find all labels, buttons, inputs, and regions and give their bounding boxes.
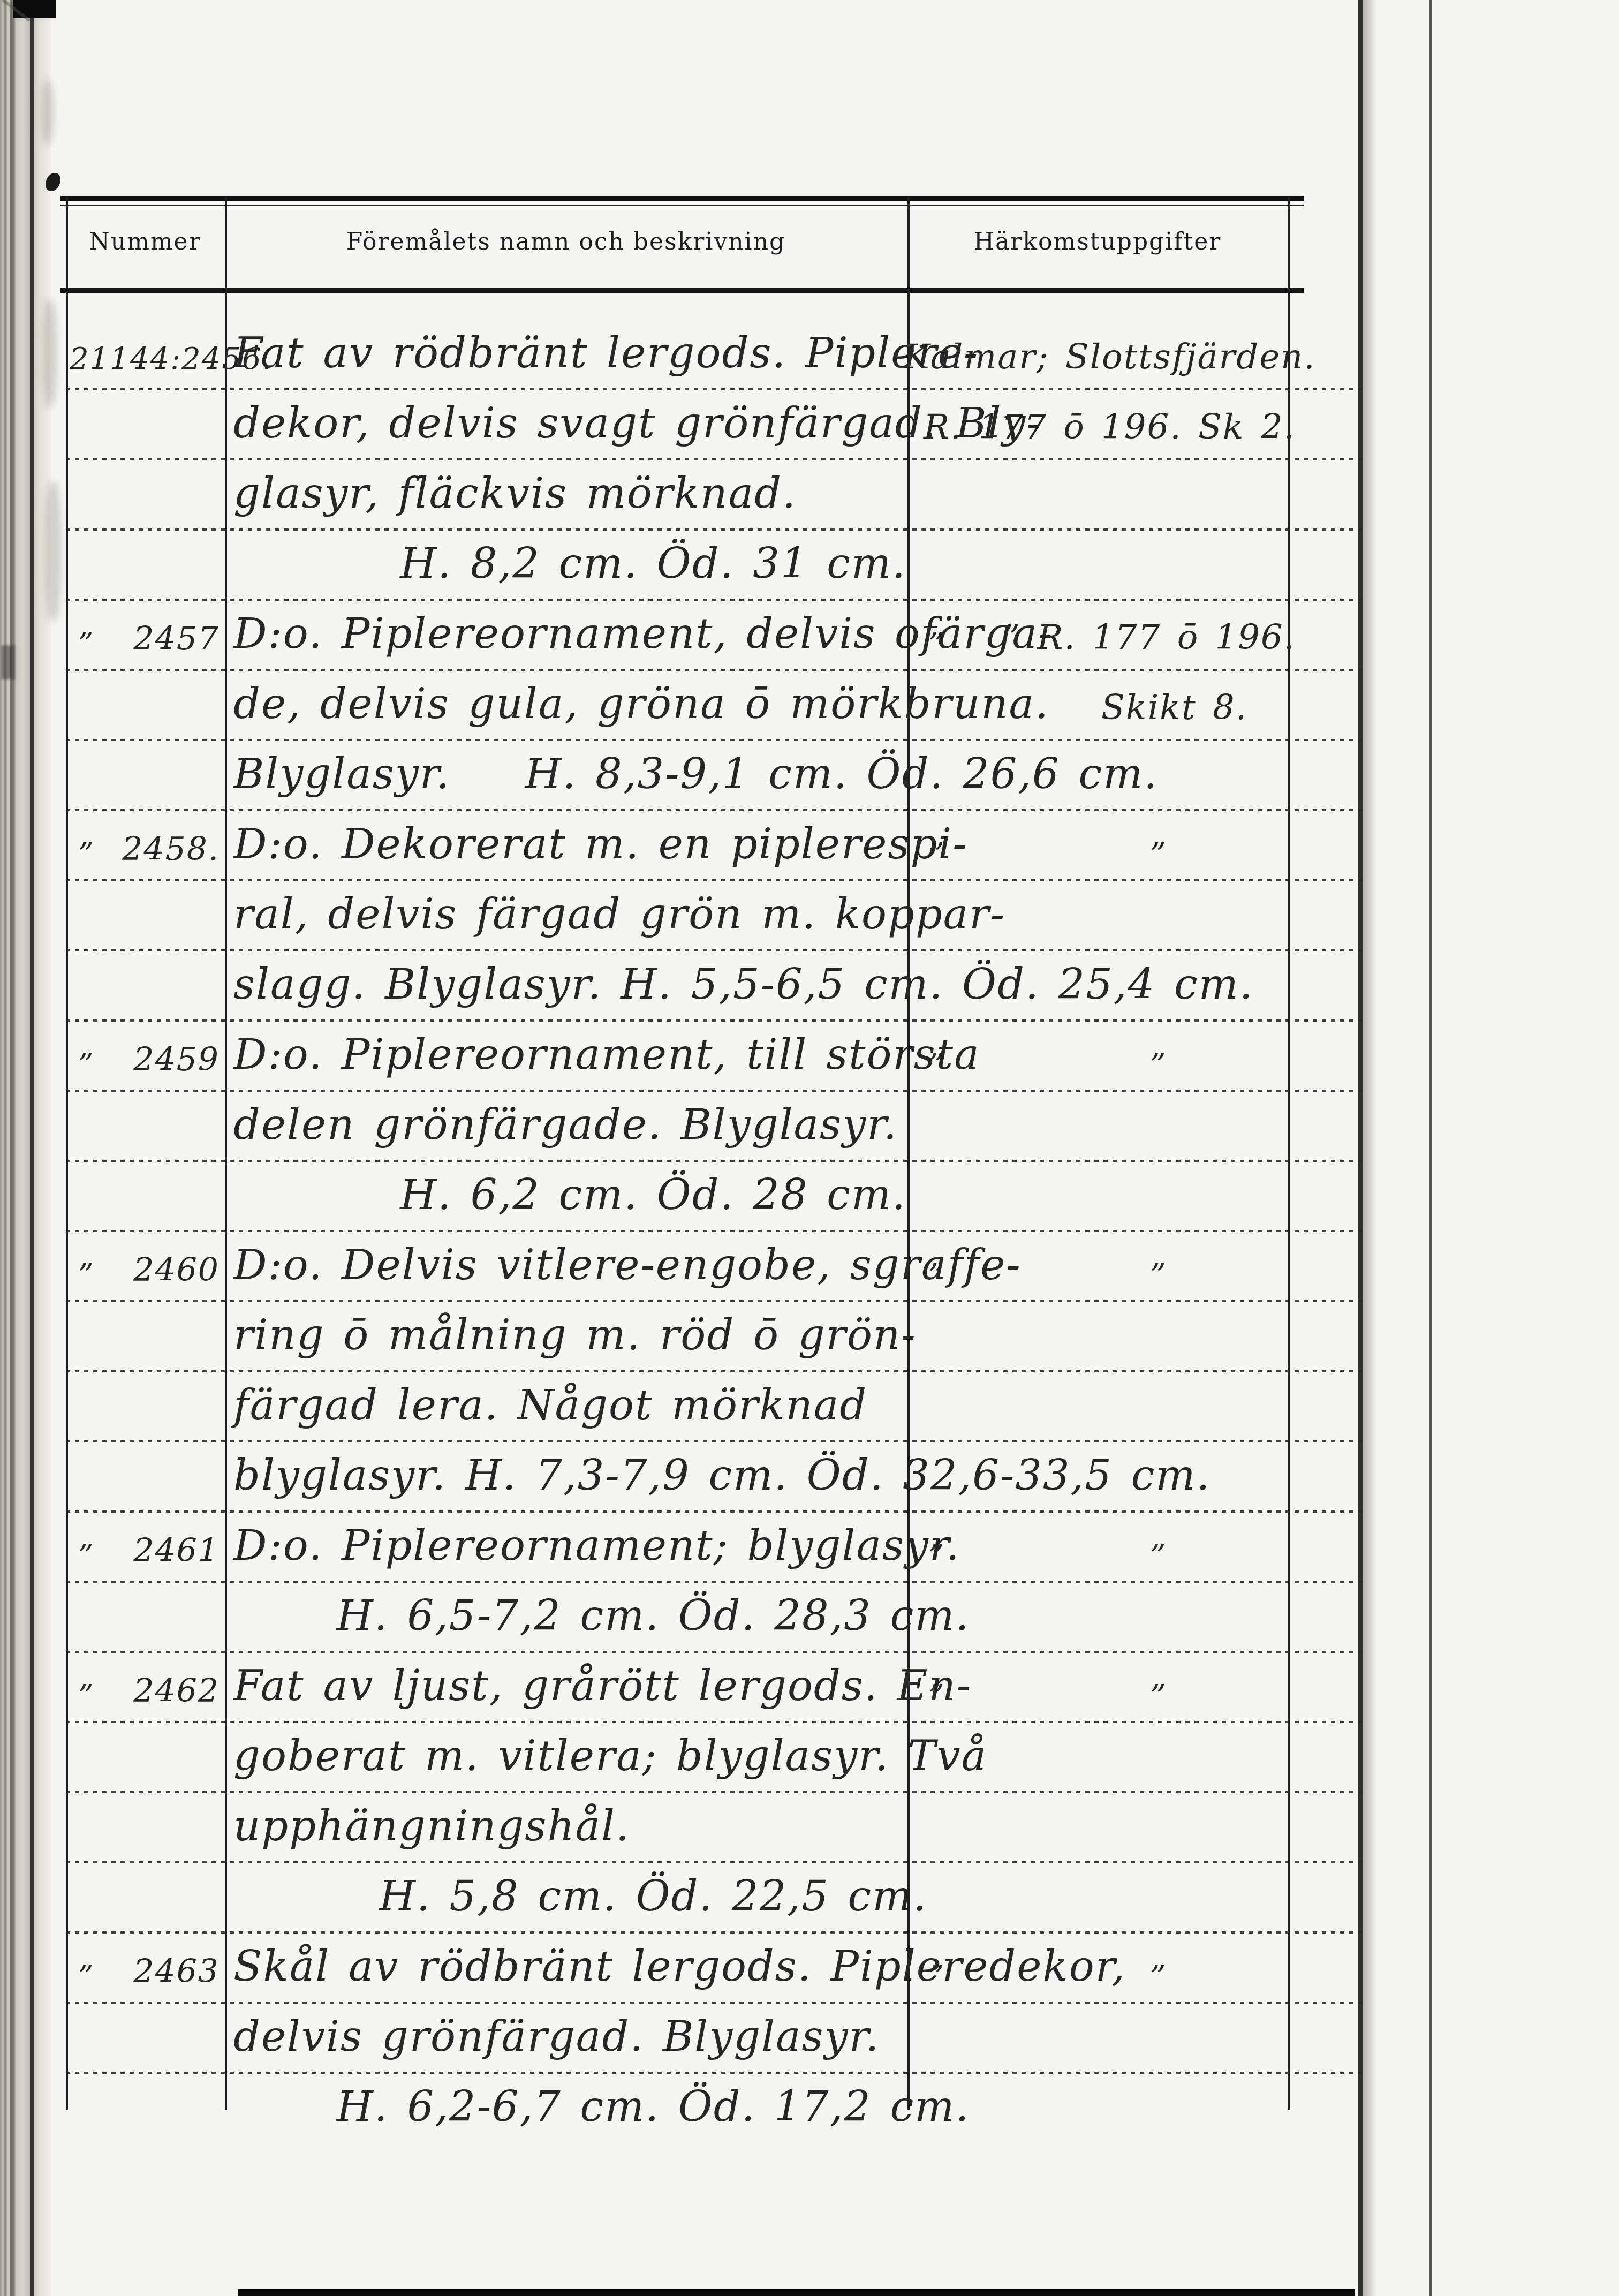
ditto-mark: ” (928, 1540, 945, 1571)
dotted-ruling-line (66, 669, 1367, 671)
ditto-mark: ” (1150, 1049, 1167, 1080)
dotted-ruling-line (66, 1581, 1367, 1583)
description-line: färgad lera. Något mörknad (233, 1385, 867, 1426)
description-line: H. 5,8 cm. Öd. 22,5 cm. (278, 1876, 1028, 1917)
origin-line: R. 177 ō 196. Sk 2. (924, 410, 1296, 444)
ditto-mark: ” (1150, 839, 1167, 870)
scan-smudge (42, 80, 54, 145)
scan-smudge (45, 482, 61, 621)
column-divider-1 (225, 197, 227, 2110)
column-header-harkomst: Härkomstuppgifter (974, 228, 1222, 255)
binding-crease-line (10, 0, 12, 2296)
adjacent-page-margin (1363, 0, 1619, 2296)
entry-number: 2461 (112, 1535, 220, 1567)
description-line: H. 6,2-6,7 cm. Öd. 17,2 cm. (278, 2086, 1028, 2128)
ditto-mark: ” (928, 1961, 945, 1992)
ledger-page-scan: Nummer Föremålets namn och beskrivning H… (0, 0, 1619, 2296)
description-line: ral, delvis färgad grön m. koppar- (233, 894, 1005, 935)
dotted-ruling-line (66, 1370, 1367, 1372)
description-line: ring ō målning m. röd ō grön- (233, 1315, 917, 1356)
description-line: delvis grönfärgad. Blyglasyr. (233, 2016, 880, 2058)
description-line: D:o. Delvis vitlere-engobe, sgraffe- (233, 1244, 1022, 1286)
dotted-ruling-line (66, 809, 1367, 811)
right-page-fold-shade (1363, 0, 1377, 2296)
outer-page-edge-line (1429, 0, 1432, 2296)
dotted-ruling-line (66, 739, 1367, 741)
dotted-ruling-line (66, 2002, 1367, 2004)
ditto-mark: ” (78, 1050, 95, 1080)
dotted-ruling-line (66, 879, 1367, 881)
dotted-ruling-line (66, 1300, 1367, 1302)
description-line: D:o. Piplereornament, till största (233, 1034, 980, 1076)
ditto-mark: ” (78, 1260, 95, 1290)
description-line: H. 6,2 cm. Öd. 28 cm. (278, 1174, 1028, 1216)
dotted-ruling-line (66, 1721, 1367, 1723)
entry-number: 2460 (112, 1254, 220, 1286)
dotted-ruling-line (66, 1090, 1367, 1092)
column-divider-2 (907, 197, 910, 2110)
table-top-rule-thin (60, 205, 1304, 206)
description-line: de, delvis gula, gröna ō mörkbruna. (233, 683, 1049, 725)
entry-number: 2458. (112, 833, 220, 865)
description-line: Skål av rödbränt lergods. Pipleredekor, (233, 1946, 1126, 1988)
ditto-mark: ” (1150, 1961, 1167, 1992)
description-line: H. 6,5-7,2 cm. Öd. 28,3 cm. (278, 1595, 1028, 1637)
dotted-ruling-line (66, 1160, 1367, 1162)
table-top-rule (60, 196, 1304, 201)
dotted-ruling-line (66, 388, 1367, 390)
ditto-mark: ” (928, 1049, 945, 1080)
ditto-mark: ” (928, 1259, 945, 1290)
right-page-fold-line (1358, 0, 1363, 2296)
description-line: glasyr, fläckvis mörknad. (233, 473, 797, 515)
margin-mark (1, 645, 15, 679)
ditto-mark: ” (1150, 1540, 1167, 1571)
origin-line: ” R. 177 ō 196. (1002, 621, 1296, 655)
description-line: Fat av ljust, grårött lergods. En- (233, 1665, 972, 1707)
table-header-separator (60, 288, 1304, 293)
ditto-mark: ” (1150, 1259, 1167, 1290)
description-line: Blyglasyr. H. 8,3-9,1 cm. Öd. 26,6 cm. (233, 753, 1158, 795)
ditto-mark: ” (1150, 1680, 1167, 1711)
origin-line: Kalmar; Slottsfjärden. (904, 340, 1316, 374)
description-line: dekor, delvis svagt grönfärgad. Bly- (233, 403, 1042, 444)
ditto-mark: ” (78, 1681, 95, 1711)
ditto-mark: ” (928, 628, 945, 659)
dotted-ruling-line (66, 458, 1367, 460)
entry-number: 2463 (112, 1955, 220, 1988)
dotted-ruling-line (66, 1510, 1367, 1513)
description-line: goberat m. vitlera; blyglasyr. Två (233, 1735, 987, 1777)
ditto-mark: ” (928, 1680, 945, 1711)
dotted-ruling-line (66, 1440, 1367, 1442)
ditto-mark: ” (78, 1962, 95, 1992)
dotted-ruling-line (66, 1791, 1367, 1793)
dotted-ruling-line (66, 1931, 1367, 1934)
dotted-ruling-line (66, 2072, 1367, 2074)
description-line: D:o. Piplereornament; blyglasyr. (233, 1525, 960, 1567)
entry-number: 2462 (112, 1675, 220, 1707)
description-line: D:o. Dekorerat m. en piplerespi- (233, 824, 968, 865)
dotted-ruling-line (66, 949, 1367, 951)
description-line: Fat av rödbränt lergods. Piplere- (233, 333, 979, 374)
column-header-nummer: Nummer (89, 228, 201, 255)
page-edge-line (30, 0, 34, 2296)
dotted-ruling-line (66, 1230, 1367, 1232)
scan-artifact-bottom-strip (238, 2289, 1355, 2296)
dotted-ruling-line (66, 1651, 1367, 1653)
ditto-mark: ” (78, 629, 95, 659)
entry-number: 2459 (112, 1044, 220, 1076)
description-line: blyglasyr. H. 7,3-7,9 cm. Öd. 32,6-33,5 … (233, 1455, 1211, 1497)
scan-artifact-top-left-block (13, 0, 56, 18)
description-line: slagg. Blyglasyr. H. 5,5-6,5 cm. Öd. 25,… (233, 964, 1254, 1006)
ditto-mark: ” (78, 1541, 95, 1571)
scan-smudge (43, 300, 57, 407)
description-line: delen grönfärgade. Blyglasyr. (233, 1104, 898, 1146)
dotted-ruling-line (66, 1019, 1367, 1022)
description-line: upphängningshål. (233, 1806, 630, 1847)
ditto-mark: ” (78, 840, 95, 870)
dotted-ruling-line (66, 599, 1367, 601)
dotted-ruling-line (66, 1861, 1367, 1863)
origin-line: Skikt 8. (1101, 691, 1247, 725)
dotted-ruling-line (66, 528, 1367, 531)
entry-number: 2457 (112, 623, 220, 655)
description-line: H. 8,2 cm. Öd. 31 cm. (278, 543, 1028, 585)
column-header-beskrivning: Föremålets namn och beskrivning (346, 228, 785, 255)
table-border-right (1288, 197, 1290, 2110)
ditto-mark: ” (928, 839, 945, 870)
table-border-left (66, 197, 68, 2110)
